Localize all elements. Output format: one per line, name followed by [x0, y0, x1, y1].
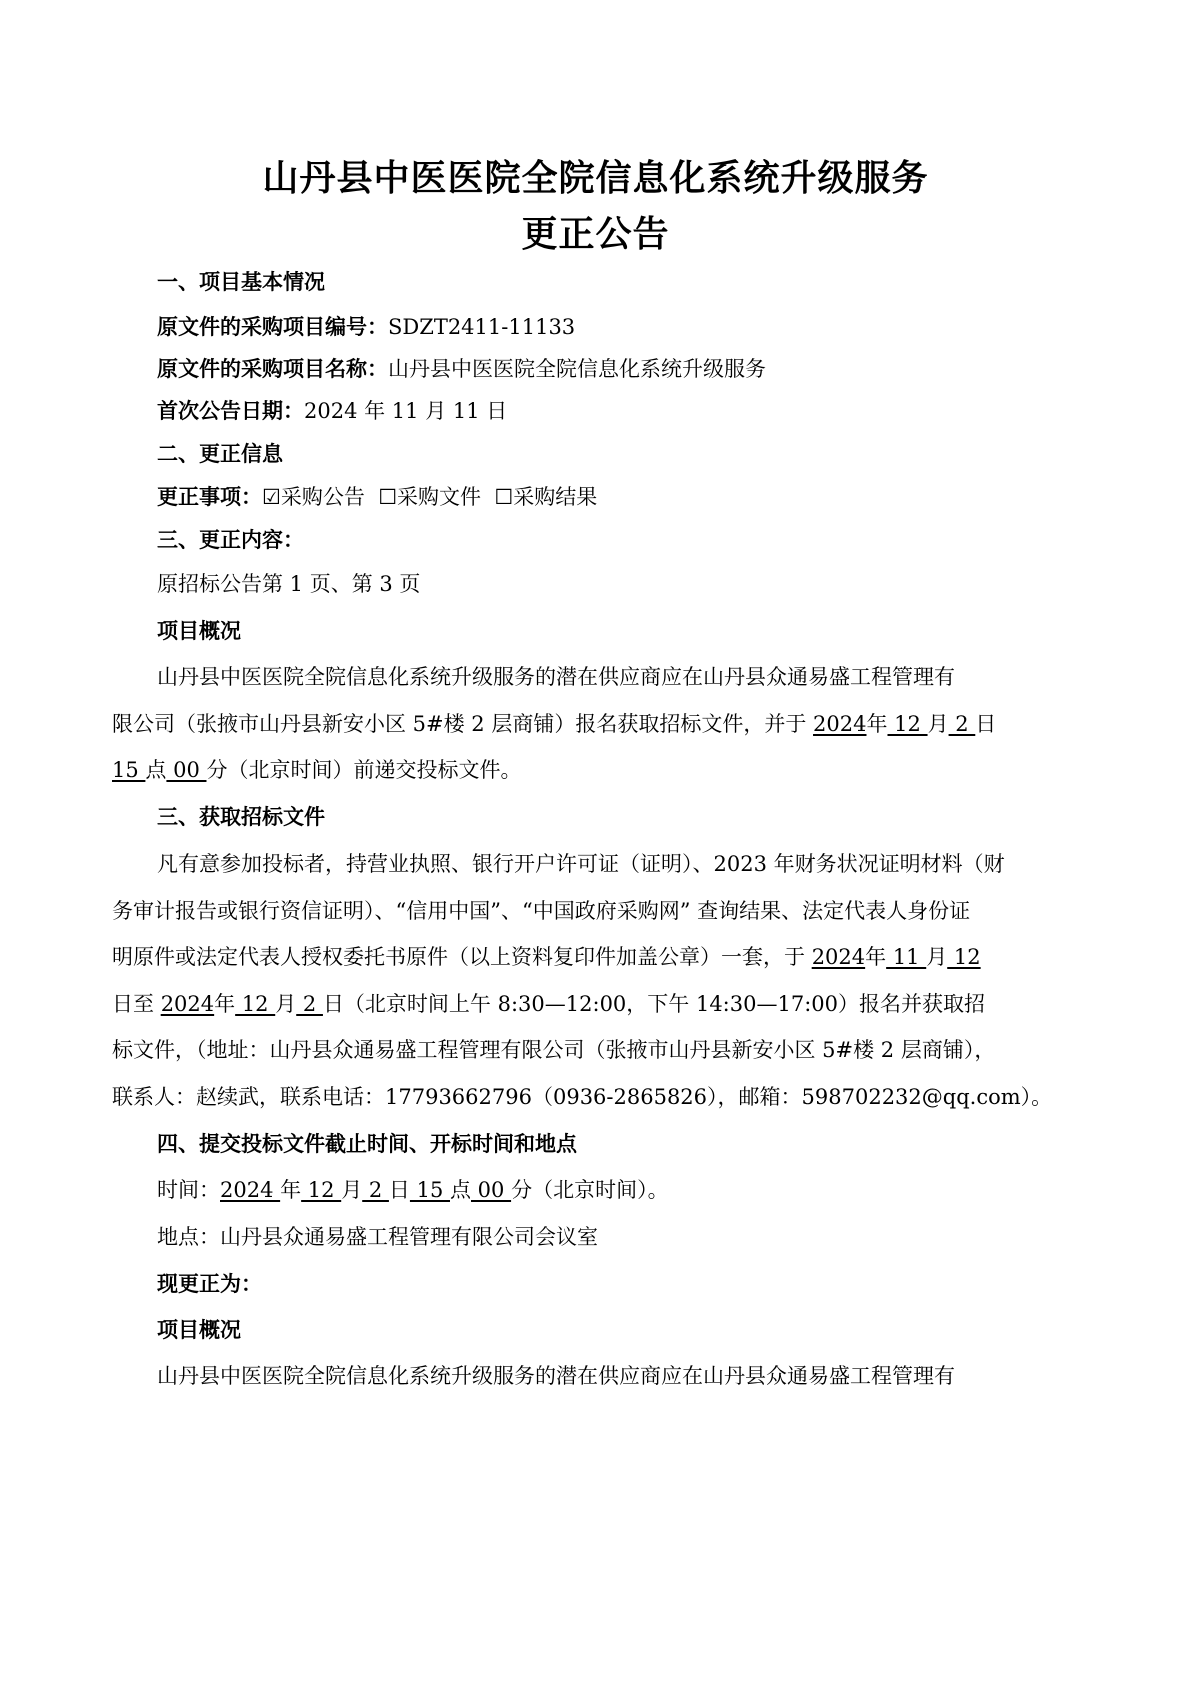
text-span: 月 [341, 1178, 362, 1202]
document-title-line2: 更正公告 [0, 206, 1191, 257]
text-span: 分（北京时间）前递交投标文件。 [206, 758, 521, 782]
corrected-heading: 现更正为： [157, 1270, 1087, 1298]
deadline-heading: 四、提交投标文件截止时间、开标时间和地点 [157, 1130, 1087, 1158]
option-procurement-notice: 采购公告 [281, 485, 365, 509]
reg-start-month: 11 [886, 945, 926, 969]
corrected-paragraph-line1: 山丹县中医医院全院信息化系统升级服务的潜在供应商应在山丹县众通易盛工程管理有 [157, 1362, 1087, 1390]
section1-heading: 一、项目基本情况 [157, 268, 1087, 296]
text-span: 明原件或法定代表人授权委托书原件（以上资料复印件加盖公章）一套，于 [112, 945, 812, 969]
obtain-docs-line5: 标文件，（地址：山丹县众通易盛工程管理有限公司（张掖市山丹县新安小区 5#楼 2… [112, 1036, 1042, 1064]
text-span: 点 [450, 1178, 471, 1202]
overview-paragraph-line2: 限公司（张掖市山丹县新安小区 5#楼 2 层商铺）报名获取招标文件，并于 202… [112, 710, 1042, 738]
deadline-place: 地点：山丹县众通易盛工程管理有限公司会议室 [157, 1223, 1087, 1251]
document-page: 山丹县中医医院全院信息化系统升级服务 更正公告 一、项目基本情况 原文件的采购项… [0, 0, 1191, 1684]
first-notice-date-value: 2024 年 11 月 11 日 [304, 399, 507, 423]
obtain-docs-line3: 明原件或法定代表人授权委托书原件（以上资料复印件加盖公章）一套，于 2024年 … [112, 943, 1042, 971]
section2-heading: 二、更正信息 [157, 440, 1087, 468]
original-reference: 原招标公告第 1 页、第 3 页 [157, 570, 1087, 598]
time-label: 时间： [157, 1178, 220, 1202]
obtain-docs-line6: 联系人：赵续武，联系电话：17793662796（0936-2865826），邮… [112, 1083, 1042, 1111]
checkbox-unchecked-icon[interactable]: ☐ [494, 485, 513, 509]
obtain-docs-line1: 凡有意参加投标者，持营业执照、银行开户许可证（证明）、2023 年财务状况证明材… [157, 850, 1087, 878]
deadline-day: 2 [362, 1178, 389, 1202]
reg-end-month: 12 [235, 992, 275, 1016]
reg-end-day: 2 [296, 992, 323, 1016]
obtain-docs-line2: 务审计报告或银行资信证明）、“信用中国”、“中国政府采购网” 查询结果、法定代表… [112, 897, 1042, 925]
overview-heading: 项目概况 [157, 617, 1087, 645]
text-span: 限公司（张掖市山丹县新安小区 5#楼 2 层商铺）报名获取招标文件，并于 [112, 712, 813, 736]
correction-items-label: 更正事项： [157, 485, 262, 509]
project-number-label: 原文件的采购项目编号： [157, 315, 388, 339]
bid-deadline-month: 12 [887, 712, 927, 736]
option-procurement-result: 采购结果 [513, 485, 597, 509]
obtain-docs-line4: 日至 2024年 12 月 2 日（北京时间上午 8:30—12:00，下午 1… [112, 990, 1042, 1018]
text-span: 年 [280, 1178, 301, 1202]
project-name-row: 原文件的采购项目名称：山丹县中医医院全院信息化系统升级服务 [157, 355, 1087, 383]
text-span: 日（北京时间上午 8:30—12:00，下午 14:30—17:00）报名并获取… [323, 992, 985, 1016]
text-span: 分（北京时间）。 [511, 1178, 669, 1202]
text-span: 年 [866, 712, 887, 736]
first-notice-date-row: 首次公告日期：2024 年 11 月 11 日 [157, 397, 1087, 425]
text-span: 点 [145, 758, 166, 782]
reg-start-day: 12 [947, 945, 980, 969]
deadline-hour: 15 [410, 1178, 450, 1202]
section3-heading: 三、更正内容： [157, 526, 1087, 554]
text-span: 日 [389, 1178, 410, 1202]
bid-deadline-year: 2024 [813, 712, 866, 736]
document-title-line1: 山丹县中医医院全院信息化系统升级服务 [0, 150, 1191, 201]
project-name-label: 原文件的采购项目名称： [157, 357, 388, 381]
text-span: 月 [275, 992, 296, 1016]
obtain-docs-heading: 三、获取招标文件 [157, 803, 1087, 831]
project-name-value: 山丹县中医医院全院信息化系统升级服务 [388, 357, 766, 381]
text-span: 月 [928, 712, 949, 736]
first-notice-date-label: 首次公告日期： [157, 399, 304, 423]
reg-end-year: 2024 [161, 992, 214, 1016]
overview-paragraph-line3: 15 点 00 分（北京时间）前递交投标文件。 [112, 756, 1042, 784]
overview-paragraph-line1: 山丹县中医医院全院信息化系统升级服务的潜在供应商应在山丹县众通易盛工程管理有 [157, 663, 1087, 691]
deadline-month: 12 [301, 1178, 341, 1202]
text-span: 月 [926, 945, 947, 969]
deadline-minute: 00 [471, 1178, 511, 1202]
checkbox-unchecked-icon[interactable]: ☐ [378, 485, 397, 509]
project-number-value: SDZT2411-11133 [388, 315, 575, 339]
text-span: 年 [865, 945, 886, 969]
bid-deadline-day: 2 [949, 712, 976, 736]
reg-start-year: 2024 [812, 945, 865, 969]
bid-deadline-minute: 00 [166, 758, 206, 782]
text-span: 年 [214, 992, 235, 1016]
text-span: 日 [975, 712, 996, 736]
project-number-row: 原文件的采购项目编号：SDZT2411-11133 [157, 313, 1087, 341]
deadline-time-row: 时间：2024 年 12 月 2 日 15 点 00 分（北京时间）。 [157, 1176, 1087, 1204]
deadline-year: 2024 [220, 1178, 280, 1202]
text-span: 日至 [112, 992, 161, 1016]
correction-items-row: 更正事项：☑采购公告 ☐采购文件 ☐采购结果 [157, 483, 1087, 511]
checkbox-checked-icon[interactable]: ☑ [262, 485, 281, 509]
option-procurement-file: 采购文件 [397, 485, 481, 509]
corrected-overview-heading: 项目概况 [157, 1316, 1087, 1344]
bid-deadline-hour: 15 [112, 758, 145, 782]
